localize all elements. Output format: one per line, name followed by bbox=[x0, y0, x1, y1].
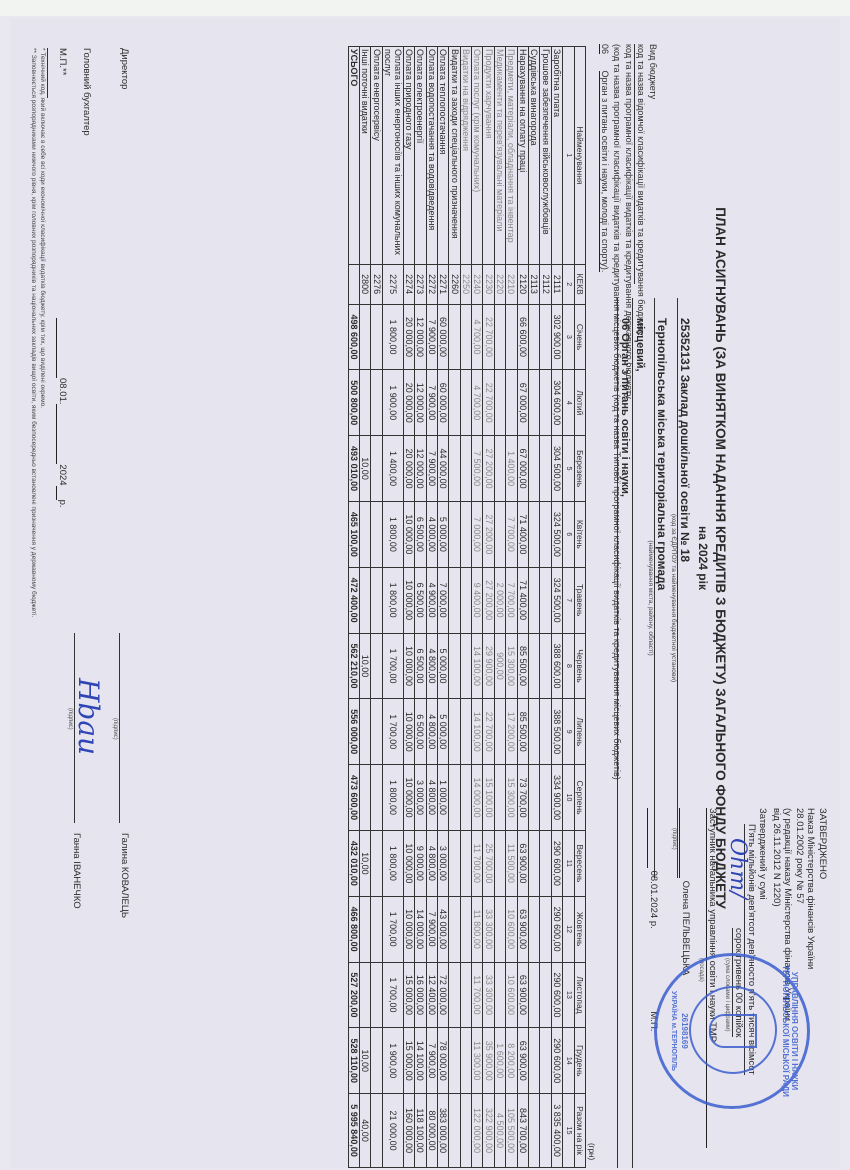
row-month-value bbox=[494, 830, 505, 896]
row-month-value bbox=[460, 501, 471, 567]
row-kekv-code: 2800 bbox=[359, 264, 370, 304]
row-month-value bbox=[540, 633, 551, 699]
row-name: Оплата природного газу bbox=[403, 47, 414, 265]
row-month-value: 528 110,00 bbox=[348, 1028, 359, 1094]
row-month-value bbox=[371, 699, 382, 765]
row-kekv-code: 2271 bbox=[437, 264, 448, 304]
row-month-value bbox=[540, 765, 551, 831]
row-month-value: 11 500,00 bbox=[506, 830, 517, 896]
row-name: Медикаменти та перев'язувальні матеріали bbox=[494, 47, 505, 265]
row-month-value: 334 900,00 bbox=[551, 765, 562, 831]
row-kekv-code: 2220 bbox=[494, 264, 505, 304]
row-name: Оплата послуг (крім комунальних) bbox=[472, 47, 483, 265]
row-month-value bbox=[460, 830, 471, 896]
row-month-value bbox=[540, 501, 551, 567]
row-month-value bbox=[371, 896, 382, 962]
column-header: Червень bbox=[574, 633, 585, 699]
row-month-value: 10,00 bbox=[359, 436, 370, 502]
row-month-value: 78 000,00 bbox=[437, 1028, 448, 1094]
row-month-value: 10,00 bbox=[359, 633, 370, 699]
row-kekv-code: 2273 bbox=[415, 264, 426, 304]
row-month-value: 7 900,00 bbox=[426, 896, 437, 962]
row-month-value bbox=[371, 633, 382, 699]
row-month-value: 7 900,00 bbox=[426, 370, 437, 436]
row-month-value bbox=[449, 962, 460, 1028]
row-month-value: 2 000,00 bbox=[494, 567, 505, 633]
row-name: Оплата водопостачання та водовідведення bbox=[426, 47, 437, 265]
row-month-value: 11 700,00 bbox=[472, 962, 483, 1028]
column-header: Вересень bbox=[574, 830, 585, 896]
column-number: 3 bbox=[563, 304, 574, 370]
row-month-value: 12 400,00 bbox=[426, 962, 437, 1028]
row-name: Предмети, матеріали, обладнання та інвен… bbox=[506, 47, 517, 265]
row-month-value bbox=[460, 699, 471, 765]
row-month-value: 10 600,00 bbox=[506, 962, 517, 1028]
row-kekv-code: 2111 bbox=[551, 264, 562, 304]
row-month-value: 17 200,00 bbox=[506, 699, 517, 765]
row-month-value: 304 500,00 bbox=[551, 436, 562, 502]
row-month-value bbox=[371, 1028, 382, 1094]
row-month-value bbox=[460, 765, 471, 831]
row-month-value: 73 700,00 bbox=[517, 765, 528, 831]
row-month-value: 14 100,00 bbox=[472, 633, 483, 699]
row-month-value bbox=[529, 567, 540, 633]
row-month-value: 1 800,00 bbox=[382, 830, 403, 896]
row-annual-total: 383 000,00 bbox=[437, 1094, 448, 1168]
table-row: Оплата теплопостачання227160 000,0060 00… bbox=[437, 47, 448, 1168]
row-month-value bbox=[460, 304, 471, 370]
row-month-value: 324 500,00 bbox=[551, 501, 562, 567]
row-month-value bbox=[449, 830, 460, 896]
row-month-value bbox=[540, 699, 551, 765]
row-month-value bbox=[529, 962, 540, 1028]
row-month-value: 9 400,00 bbox=[472, 567, 483, 633]
table-row: Оплата електроенергії227312 000,0012 000… bbox=[415, 47, 426, 1168]
budget-type-label: Вид бюджету bbox=[648, 44, 658, 99]
column-header: Квітень bbox=[574, 501, 585, 567]
row-month-value: 35 900,00 bbox=[483, 1028, 494, 1094]
row-month-value bbox=[494, 436, 505, 502]
row-month-value bbox=[359, 962, 370, 1028]
row-month-value bbox=[371, 765, 382, 831]
row-month-value: 556 000,00 bbox=[348, 699, 359, 765]
row-month-value: 1 700,00 bbox=[382, 962, 403, 1028]
row-month-value: 500 800,00 bbox=[348, 370, 359, 436]
row-month-value: 4 800,00 bbox=[426, 699, 437, 765]
row-month-value: 33 300,00 bbox=[483, 962, 494, 1028]
row-month-value bbox=[494, 765, 505, 831]
table-row: Оплата енергосервісу2276 bbox=[371, 47, 382, 1168]
approved-sum-label: Затверджений у сумі bbox=[758, 808, 769, 900]
document-title: ПЛАН АСИГНУВАНЬ (ЗА ВИНЯТКОМ НАДАННЯ КРЕ… bbox=[713, 198, 728, 918]
row-month-value: 10 000,00 bbox=[403, 765, 414, 831]
local-program-classification-label: (код та назва програмної класифікації ви… bbox=[612, 44, 622, 780]
row-month-value: 67 000,00 bbox=[517, 436, 528, 502]
row-month-value: 22 700,00 bbox=[483, 304, 494, 370]
row-month-value: 7 900,00 bbox=[426, 304, 437, 370]
row-month-value: 12 000,00 bbox=[415, 304, 426, 370]
row-month-value bbox=[494, 370, 505, 436]
row-month-value: 5 000,00 bbox=[437, 699, 448, 765]
row-month-value: 72 000,00 bbox=[437, 962, 448, 1028]
row-month-value: 27 200,00 bbox=[483, 501, 494, 567]
row-month-value: 11 300,00 bbox=[472, 1028, 483, 1094]
row-month-value bbox=[529, 699, 540, 765]
row-month-value bbox=[449, 501, 460, 567]
row-month-value bbox=[359, 567, 370, 633]
row-month-value bbox=[460, 436, 471, 502]
row-month-value bbox=[529, 501, 540, 567]
row-month-value bbox=[371, 567, 382, 633]
row-month-value bbox=[359, 304, 370, 370]
column-number: 12 bbox=[563, 896, 574, 962]
row-month-value bbox=[529, 304, 540, 370]
row-month-value: 290 600,00 bbox=[551, 830, 562, 896]
row-month-value: 7 700,00 bbox=[506, 501, 517, 567]
column-number: 6 bbox=[563, 501, 574, 567]
row-kekv-code: 2275 bbox=[382, 264, 403, 304]
row-month-value bbox=[529, 830, 540, 896]
row-month-value: 10 000,00 bbox=[403, 567, 414, 633]
row-kekv-code bbox=[348, 264, 359, 304]
row-name: Інші поточні видатки bbox=[359, 47, 370, 265]
row-month-value: 302 900,00 bbox=[551, 304, 562, 370]
row-month-value bbox=[371, 830, 382, 896]
row-month-value bbox=[529, 370, 540, 436]
row-month-value: 290 600,00 bbox=[551, 1028, 562, 1094]
row-month-value: 473 600,00 bbox=[348, 765, 359, 831]
row-name: УСЬОГО bbox=[348, 47, 359, 265]
row-kekv-code: 2260 bbox=[449, 264, 460, 304]
row-month-value: 15 000,00 bbox=[403, 1028, 414, 1094]
dept-classification-label: код та назва відомчої класифікації видат… bbox=[636, 44, 646, 336]
row-month-value: 43 000,00 bbox=[437, 896, 448, 962]
row-month-value bbox=[460, 896, 471, 962]
row-month-value: 3 000,00 bbox=[437, 830, 448, 896]
row-month-value: 1 600,00 bbox=[494, 1028, 505, 1094]
row-month-value: 27 200,00 bbox=[483, 567, 494, 633]
column-header: Найменування bbox=[574, 47, 585, 265]
row-name: Оплата інших енергоносіїв та інших комун… bbox=[382, 47, 403, 265]
appropriations-table: НайменуванняКЕКВСіченьЛютийБерезеньКвіте… bbox=[348, 46, 586, 1168]
row-kekv-code: 2113 bbox=[529, 264, 540, 304]
currency-label: (грн) bbox=[587, 1143, 596, 1160]
row-month-value: 7 900,00 bbox=[426, 1028, 437, 1094]
row-annual-total: 118 100,00 bbox=[415, 1094, 426, 1168]
director-label: Директор bbox=[119, 48, 130, 89]
row-month-value: 15 100,00 bbox=[483, 765, 494, 831]
row-month-value: 20 000,00 bbox=[403, 370, 414, 436]
row-month-value: 60 000,00 bbox=[437, 370, 448, 436]
program-classification-label: код та назва програмної класифікації вид… bbox=[624, 44, 634, 399]
row-month-value bbox=[359, 699, 370, 765]
column-number: 11 bbox=[563, 830, 574, 896]
institution-name: 25352131 Заклад дошкільної освіти № 18 bbox=[678, 318, 692, 878]
row-month-value: 63 900,00 bbox=[517, 1028, 528, 1094]
row-month-value bbox=[506, 304, 517, 370]
row-annual-total bbox=[529, 1094, 540, 1168]
row-month-value: 15 000,00 bbox=[403, 962, 414, 1028]
column-number: 13 bbox=[563, 962, 574, 1028]
table-row: Оплата природного газу227420 000,0020 00… bbox=[403, 47, 414, 1168]
row-month-value bbox=[449, 699, 460, 765]
row-annual-total bbox=[449, 1094, 460, 1168]
row-month-value: 6 500,00 bbox=[415, 699, 426, 765]
row-month-value: 63 900,00 bbox=[517, 830, 528, 896]
row-month-value bbox=[540, 370, 551, 436]
row-month-value: 7 000,00 bbox=[472, 501, 483, 567]
row-month-value bbox=[494, 501, 505, 567]
row-month-value: 1 400,00 bbox=[506, 436, 517, 502]
column-header: Лютий bbox=[574, 370, 585, 436]
row-name: Нарахування на оплату праці bbox=[517, 47, 528, 265]
row-month-value: 1 700,00 bbox=[382, 896, 403, 962]
column-number: 7 bbox=[563, 567, 574, 633]
row-name: Оплата енергосервісу bbox=[371, 47, 382, 265]
row-month-value: 1 000,00 bbox=[437, 765, 448, 831]
row-month-value: 900,00 bbox=[494, 633, 505, 699]
row-month-value: 388 500,00 bbox=[551, 699, 562, 765]
stamp-code: 26198169 bbox=[680, 956, 689, 1106]
approval-order-line: Наказ Міністерства фінансів України bbox=[805, 808, 817, 1148]
stamp-bottom-text: УКРАЇНА м.ТЕРНОПІЛЬ bbox=[670, 956, 677, 1106]
row-month-value: 290 600,00 bbox=[551, 896, 562, 962]
accountant-name: Ганна ІВАНЕЧКО bbox=[71, 833, 82, 909]
accountant-signature-icon: Hbau bbox=[72, 678, 105, 755]
table-row: Предмети, матеріали, обладнання та інвен… bbox=[506, 47, 517, 1168]
trident-emblem-icon bbox=[689, 986, 777, 1074]
column-header: Січень bbox=[574, 304, 585, 370]
director-name: Галина КОВАЛЕЦЬ bbox=[119, 833, 130, 918]
row-month-value: 7 000,00 bbox=[437, 567, 448, 633]
row-kekv-code: 2250 bbox=[460, 264, 471, 304]
row-month-value bbox=[449, 436, 460, 502]
row-month-value: 1 800,00 bbox=[382, 501, 403, 567]
row-name: Суддівська винагорода bbox=[529, 47, 540, 265]
row-month-value: 432 010,00 bbox=[348, 830, 359, 896]
column-header: Липень bbox=[574, 699, 585, 765]
footnote-2: ** Заповнюється розпорядниками нижчого р… bbox=[30, 48, 37, 617]
row-month-value: 290 600,00 bbox=[551, 962, 562, 1028]
row-month-value: 10 600,00 bbox=[506, 896, 517, 962]
row-month-value bbox=[449, 1028, 460, 1094]
column-number: 15 bbox=[563, 1094, 574, 1168]
column-number: 1 bbox=[563, 47, 574, 265]
signing-date: 08.01. 2024 р. bbox=[56, 318, 68, 508]
row-month-value: 15 300,00 bbox=[506, 633, 517, 699]
row-month-value: 33 300,00 bbox=[483, 896, 494, 962]
row-month-value: 27 200,00 bbox=[483, 436, 494, 502]
row-month-value: 3 000,00 bbox=[415, 765, 426, 831]
column-number: 5 bbox=[563, 436, 574, 502]
row-month-value: 14 100,00 bbox=[472, 699, 483, 765]
column-header: Серпень bbox=[574, 765, 585, 831]
row-name: Заробітна плата bbox=[551, 47, 562, 265]
row-month-value bbox=[371, 962, 382, 1028]
row-month-value bbox=[529, 1028, 540, 1094]
column-number: 8 bbox=[563, 633, 574, 699]
row-month-value: 11 700,00 bbox=[472, 830, 483, 896]
row-month-value: 29 900,00 bbox=[483, 633, 494, 699]
row-month-value: 7 500,00 bbox=[472, 436, 483, 502]
row-month-value bbox=[359, 501, 370, 567]
table-row: Суддівська винагорода2113 bbox=[529, 47, 540, 1168]
row-month-value: 527 200,00 bbox=[348, 962, 359, 1028]
table-row: Оплата водопостачання та водовідведення2… bbox=[426, 47, 437, 1168]
row-annual-total: 322 900,00 bbox=[483, 1094, 494, 1168]
row-month-value: 498 600,00 bbox=[348, 304, 359, 370]
row-month-value: 4 800,00 bbox=[426, 830, 437, 896]
row-month-value: 10 000,00 bbox=[403, 699, 414, 765]
row-month-value: 562 210,00 bbox=[348, 633, 359, 699]
row-month-value bbox=[529, 633, 540, 699]
row-month-value: 71 400,00 bbox=[517, 501, 528, 567]
row-month-value bbox=[529, 436, 540, 502]
row-month-value: 7 900,00 bbox=[426, 436, 437, 502]
row-annual-total: 4 500,00 bbox=[494, 1094, 505, 1168]
row-annual-total: 3 835 400,00 bbox=[551, 1094, 562, 1168]
row-name: Оплата електроенергії bbox=[415, 47, 426, 265]
row-annual-total: 843 700,00 bbox=[517, 1094, 528, 1168]
director-signature-caption: (підпис) bbox=[112, 718, 118, 740]
row-annual-total: 160 000,00 bbox=[403, 1094, 414, 1168]
row-month-value: 4 800,00 bbox=[426, 633, 437, 699]
scan-border bbox=[0, 0, 850, 16]
row-month-value bbox=[540, 896, 551, 962]
row-month-value: 14 000,00 bbox=[472, 765, 483, 831]
row-month-value: 1 400,00 bbox=[382, 436, 403, 502]
column-number: 10 bbox=[563, 765, 574, 831]
row-month-value: 1 800,00 bbox=[382, 304, 403, 370]
column-header: Березень bbox=[574, 436, 585, 502]
column-number: 14 bbox=[563, 1028, 574, 1094]
table-row: Видатки на відрядження2250 bbox=[460, 47, 471, 1168]
row-month-value: 4 000,00 bbox=[426, 501, 437, 567]
row-month-value: 1 800,00 bbox=[382, 567, 403, 633]
row-month-value: 10 000,00 bbox=[403, 633, 414, 699]
table-row: Оплата інших енергоносіїв та інших комун… bbox=[382, 47, 403, 1168]
row-month-value: 493 010,00 bbox=[348, 436, 359, 502]
row-month-value: 63 900,00 bbox=[517, 896, 528, 962]
row-annual-total bbox=[460, 1094, 471, 1168]
row-name: Продукти харчування bbox=[483, 47, 494, 265]
table-row: Інші поточні видатки280010,0010,0010,001… bbox=[359, 47, 370, 1168]
row-month-value bbox=[460, 370, 471, 436]
row-annual-total: 80 000,00 bbox=[426, 1094, 437, 1168]
row-month-value: 466 800,00 bbox=[348, 896, 359, 962]
row-month-value bbox=[540, 830, 551, 896]
row-month-value bbox=[449, 304, 460, 370]
official-stamp-icon: УПРАВЛІННЯ ОСВІТИ І НАУКИ ТЕРНОПІЛЬСЬКОЇ… bbox=[654, 953, 810, 1109]
table-row: Медикаменти та перев'язувальні матеріали… bbox=[494, 47, 505, 1168]
row-month-value bbox=[494, 896, 505, 962]
row-month-value: 66 600,00 bbox=[517, 304, 528, 370]
row-month-value: 15 300,00 bbox=[506, 765, 517, 831]
row-month-value: 6 500,00 bbox=[415, 567, 426, 633]
row-month-value bbox=[494, 962, 505, 1028]
row-month-value bbox=[449, 896, 460, 962]
row-month-value bbox=[460, 633, 471, 699]
row-month-value: 25 700,00 bbox=[483, 830, 494, 896]
column-header: Разом на рік bbox=[574, 1094, 585, 1168]
row-kekv-code: 2230 bbox=[483, 264, 494, 304]
table-row: Продукти харчування223022 700,0022 700,0… bbox=[483, 47, 494, 1168]
row-month-value: 1 900,00 bbox=[382, 1028, 403, 1094]
row-month-value: 16 000,00 bbox=[415, 962, 426, 1028]
column-header: КЕКВ bbox=[574, 264, 585, 304]
row-name: Видатки та заходи спеціального призначен… bbox=[449, 47, 460, 265]
table-row: Заробітна плата2111302 900,00304 600,003… bbox=[551, 47, 562, 1168]
row-month-value bbox=[540, 962, 551, 1028]
row-month-value bbox=[529, 896, 540, 962]
community-caption: (найменування міста, району, області) bbox=[647, 318, 654, 878]
row-month-value bbox=[494, 304, 505, 370]
row-month-value: 14 000,00 bbox=[415, 896, 426, 962]
row-month-value bbox=[449, 765, 460, 831]
table-header-row: НайменуванняКЕКВСіченьЛютийБерезеньКвіте… bbox=[574, 47, 585, 1168]
row-month-value: 20 000,00 bbox=[403, 304, 414, 370]
row-month-value: 9 000,00 bbox=[415, 830, 426, 896]
row-month-value: 6 500,00 bbox=[415, 501, 426, 567]
document-page: ЗАТВЕРДЖЕНО Наказ Міністерства фінансів … bbox=[10, 18, 840, 1168]
document-subtitle: на 2024 рік bbox=[696, 198, 710, 918]
community-name: Тернопільська міська територіальна грома… bbox=[655, 318, 669, 878]
row-month-value bbox=[449, 633, 460, 699]
approver-signature-icon: Ohm/ bbox=[725, 838, 750, 898]
table-row: Грошове забезпечення військовослужбовців… bbox=[540, 47, 551, 1168]
local-program-value: 06 Орган з питань освіти і науки, молоді… bbox=[600, 44, 610, 272]
row-month-value bbox=[460, 1028, 471, 1094]
row-month-value bbox=[449, 567, 460, 633]
column-header: Листопад bbox=[574, 962, 585, 1028]
column-header: Жовтень bbox=[574, 896, 585, 962]
row-month-value: 60 000,00 bbox=[437, 304, 448, 370]
row-month-value: 1 900,00 bbox=[382, 370, 403, 436]
row-annual-total: 21 000,00 bbox=[382, 1094, 403, 1168]
row-kekv-code: 2276 bbox=[371, 264, 382, 304]
row-month-value: 1 800,00 bbox=[382, 765, 403, 831]
table-total-row: УСЬОГО498 600,00500 800,00493 010,00465 … bbox=[348, 47, 359, 1168]
column-header: Травень bbox=[574, 567, 585, 633]
column-number: 4 bbox=[563, 370, 574, 436]
row-month-value: 4 800,00 bbox=[426, 765, 437, 831]
row-month-value bbox=[506, 370, 517, 436]
row-month-value bbox=[359, 370, 370, 436]
row-month-value bbox=[359, 765, 370, 831]
row-name: Грошове забезпечення військовослужбовців bbox=[540, 47, 551, 265]
column-header: Грудень bbox=[574, 1028, 585, 1094]
row-month-value: 44 000,00 bbox=[437, 436, 448, 502]
row-month-value bbox=[540, 567, 551, 633]
row-month-value: 388 600,00 bbox=[551, 633, 562, 699]
table-row: Нарахування на оплату праці212066 600,00… bbox=[517, 47, 528, 1168]
approval-header: ЗАТВЕРДЖЕНО bbox=[817, 808, 829, 1148]
row-month-value bbox=[359, 896, 370, 962]
row-month-value: 8 200,00 bbox=[506, 1028, 517, 1094]
row-annual-total: 105 500,00 bbox=[506, 1094, 517, 1168]
column-number: 9 bbox=[563, 699, 574, 765]
table-row: Видатки та заходи спеціального призначен… bbox=[449, 47, 460, 1168]
row-month-value: 324 500,00 bbox=[551, 567, 562, 633]
table-header-numbers-row: 123456789101112131415 bbox=[563, 47, 574, 1168]
row-month-value bbox=[371, 304, 382, 370]
approval-date: 08.01.2024 р. bbox=[649, 871, 660, 929]
row-name: Оплата теплопостачання bbox=[437, 47, 448, 265]
footnote-1: * Технічний код, який включає в себе всі… bbox=[39, 48, 46, 408]
row-month-value: 7 700,00 bbox=[506, 567, 517, 633]
row-month-value: 14 100,00 bbox=[415, 1028, 426, 1094]
row-month-value bbox=[540, 436, 551, 502]
